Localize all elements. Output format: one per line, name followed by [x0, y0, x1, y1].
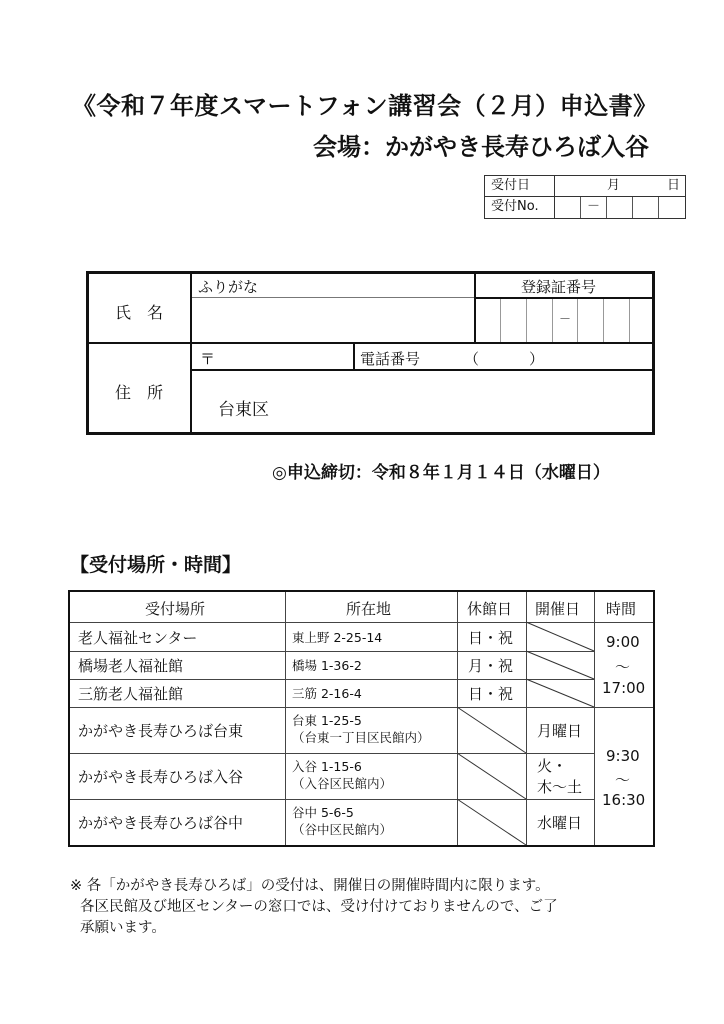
page-title: 《令和７年度スマートフォン講習会（２月）申込書》 [72, 86, 658, 121]
address-input[interactable] [192, 371, 652, 432]
reception-date-label: 受付日 [485, 176, 555, 196]
table-row-address: 橋場 1-36-2 [292, 658, 362, 674]
table-row-held: 水曜日 [537, 812, 582, 833]
reception-number-row: 受付No. － [485, 197, 685, 218]
table-row-address: 谷中 5-6-5 [292, 805, 354, 821]
reception-number-separator: － [581, 197, 607, 218]
reception-number-cell[interactable] [633, 197, 659, 218]
footnote-line: 承願います。 [70, 918, 558, 939]
table-row-address: 東上野 2-25-14 [292, 630, 382, 646]
phone-label: 電話番号 [360, 348, 420, 369]
postal-code-input[interactable] [214, 344, 352, 369]
table-row-place: 老人福祉センター [78, 627, 197, 648]
time-start: 9:00 [606, 633, 640, 651]
table-row-held: 月曜日 [537, 720, 582, 741]
table-row-place: 橋場老人福祉館 [78, 655, 183, 676]
table-row-address-note: （入谷区民館内） [292, 776, 392, 792]
table-row-address-note: （谷中区民館内） [292, 822, 392, 838]
registration-number-label: 登録証番号 [521, 276, 596, 297]
header-closed: 休館日 [467, 598, 512, 619]
time-end: 16:30 [602, 791, 645, 809]
furigana-label: ふりがな [198, 276, 258, 297]
name-label: 氏 名 [115, 300, 163, 323]
table-row-place: 三筋老人福祉館 [78, 683, 183, 704]
registration-number-input[interactable] [476, 299, 652, 342]
footnote-line: ※ 各「かがやき長寿ひろば」の受付は、開催日の開催時間内に限ります。 [70, 876, 558, 897]
phone-input[interactable] [429, 344, 652, 369]
not-applicable-marks [526, 622, 594, 707]
table-row-held: 木～土 [537, 776, 582, 797]
table-row-address-note: （台東一丁目区民館内） [292, 730, 430, 746]
month-label: 月 [607, 176, 620, 196]
time-separator: ～ [615, 769, 630, 790]
application-form: 氏 名 ふりがな 登録証番号 － 住 所 〒 電話番号 （ ） 台東区 [86, 271, 655, 435]
reception-date-row: 受付日 月 日 [485, 176, 685, 197]
table-row-place: かがやき長寿ひろば入谷 [78, 766, 243, 787]
header-address: 所在地 [346, 598, 391, 619]
header-time: 時間 [606, 598, 636, 619]
footnote: ※ 各「かがやき長寿ひろば」の受付は、開催日の開催時間内に限ります。 各区民館及… [70, 876, 558, 939]
table-row-address: 台東 1-25-5 [292, 713, 362, 729]
reception-number-cell[interactable] [607, 197, 633, 218]
address-label: 住 所 [115, 380, 163, 403]
time-separator: ～ [615, 656, 630, 677]
day-label: 日 [667, 176, 680, 196]
postal-mark: 〒 [200, 348, 215, 369]
reception-box: 受付日 月 日 受付No. － [484, 175, 686, 219]
header-held: 開催日 [535, 598, 580, 619]
reception-date-field[interactable]: 月 日 [555, 176, 687, 196]
footnote-line: 各区民館及び地区センターの窓口では、受け付けておりませんので、ご了 [70, 897, 558, 918]
not-applicable-marks [457, 707, 526, 845]
table-row-closed: 月・祝 [468, 655, 513, 676]
section-title: 【受付場所・時間】 [70, 550, 241, 577]
time-start: 9:30 [606, 747, 640, 765]
table-row-closed: 日・祝 [468, 627, 513, 648]
name-input[interactable] [192, 298, 474, 342]
table-row-address: 入谷 1-15-6 [292, 759, 362, 775]
table-row-place: かがやき長寿ひろば谷中 [78, 812, 243, 833]
reception-number-cell[interactable] [659, 197, 687, 218]
header-place: 受付場所 [145, 598, 205, 619]
schedule-table: 受付場所 所在地 休館日 開催日 時間 老人福祉センター 東上野 2-25-14… [68, 590, 655, 847]
table-row-address: 三筋 2-16-4 [292, 686, 362, 702]
table-row-place: かがやき長寿ひろば台東 [78, 720, 243, 741]
table-row-held: 火・ [537, 755, 567, 776]
reception-number-cell[interactable] [555, 197, 581, 218]
table-row-closed: 日・祝 [468, 683, 513, 704]
venue-subtitle: 会場：かがやき長寿ひろば入谷 [313, 127, 649, 162]
reception-number-label: 受付No. [485, 197, 555, 218]
deadline-notice: ◎申込締切：令和８年１月１４日（水曜日） [272, 458, 610, 483]
time-end: 17:00 [602, 679, 645, 697]
